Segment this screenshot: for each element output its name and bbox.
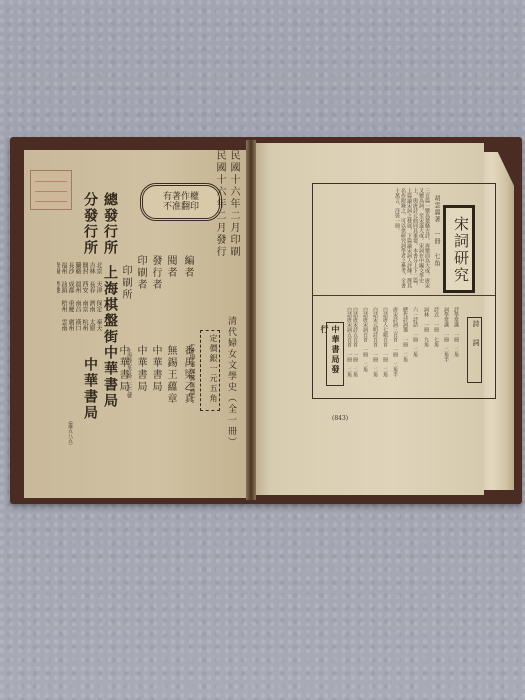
listing-row: 歷代詩詞選 一冊 二角 xyxy=(402,307,408,382)
photo-scene: 有著作權 不准翻印 民國十六年二月印刷 民國十六年二月發行 清代婦女文學史（全一… xyxy=(0,0,525,700)
ad-subtitle: 胡雲翼著 一冊 七角 xyxy=(432,195,441,267)
credit-name-reviewer: 無錫王蘊章 xyxy=(163,345,178,405)
listing-row: 白話唐宋詞五百首 一冊 二角 xyxy=(346,307,352,382)
credit-name-printer: 中華書局 xyxy=(133,345,148,393)
branch-cities: 北京 天津 保定 奉天 吉林 長春 濟南 太原 開封 西安 南京 杭州 蘭谿 溫… xyxy=(57,262,102,332)
print-date: 民國十六年二月印刷 xyxy=(226,150,241,258)
price-box: 定價銀一元五角 xyxy=(200,330,220,411)
listing-row: 白話宋元明詩百首 一冊 二角 xyxy=(372,307,378,382)
listing-row: 唐宋詩詞三百首 一冊 二角半 xyxy=(392,307,398,382)
listing-row: 白話唐人七絕百首 一冊 二角 xyxy=(382,307,388,382)
catalog-code: （叢五八五） xyxy=(67,418,74,448)
listing-row: 詞林 一冊 九角 xyxy=(423,307,429,382)
listing-row: 六一詩話 一冊 二角 xyxy=(412,307,418,382)
listing-row: 白話唐宋詩五百首 一冊 二角 xyxy=(352,307,358,382)
copyright-line1: 有著作權 xyxy=(163,192,199,202)
genre-label: 詩 詞 xyxy=(472,320,480,348)
price: 定價銀一元五角 xyxy=(209,334,218,404)
credit-role-reviewer: 閱者 xyxy=(163,255,178,279)
ad-title-box: 宋詞研究 xyxy=(443,205,475,293)
genre-label-box: 詩 詞 xyxy=(467,317,482,383)
book-title: 清代婦女文學史（全一冊） xyxy=(225,316,238,448)
publisher-box: 中華書局發行 xyxy=(326,322,344,386)
listing-row: 白話唐宋詞百首 一冊 二角 xyxy=(362,307,368,382)
ad-title: 宋詞研究 xyxy=(446,216,472,284)
credit-role-printing-house: 印刷所 xyxy=(118,265,133,301)
branch-office-name: 中華書局 xyxy=(80,357,100,421)
page-number: (843) xyxy=(332,415,348,422)
copyright-line2: 不准翻印 xyxy=(163,202,199,212)
credit-name-editor: 番禺梁乙真 xyxy=(180,345,195,405)
head-office-label: 總發行所 xyxy=(100,192,120,256)
copyright-badge: 有著作權 不准翻印 xyxy=(140,183,222,221)
ad-body: 三百篇一變為楚騷古詩，再變而為大成。唐宋又變為詞，至宋遂大成。宋詞在中國文學史上… xyxy=(318,188,430,288)
credit-role-printer: 印刷者 xyxy=(133,255,148,291)
listing-row: 詞學常識 一冊 二角半 xyxy=(443,307,449,382)
head-office-address: 上海棋盤街 xyxy=(100,265,120,345)
credit-role-editor: 編者 xyxy=(180,255,195,279)
credit-role-publisher: 發行者 xyxy=(148,255,163,291)
listing-row: 詩式 一冊 七角 xyxy=(433,307,439,382)
branch-office-label: 分發行所 xyxy=(80,192,100,256)
head-office-name: 中華書局 xyxy=(100,345,120,409)
library-stamp-label xyxy=(30,170,72,210)
credit-name-publisher: 中華書局 xyxy=(148,345,163,393)
ad-divider xyxy=(312,295,495,296)
listing-row: 詩學常識 一冊 二角 xyxy=(453,307,459,382)
book-spine-gutter xyxy=(246,140,256,500)
publish-date: 民國十六年二月發行 xyxy=(212,150,227,258)
